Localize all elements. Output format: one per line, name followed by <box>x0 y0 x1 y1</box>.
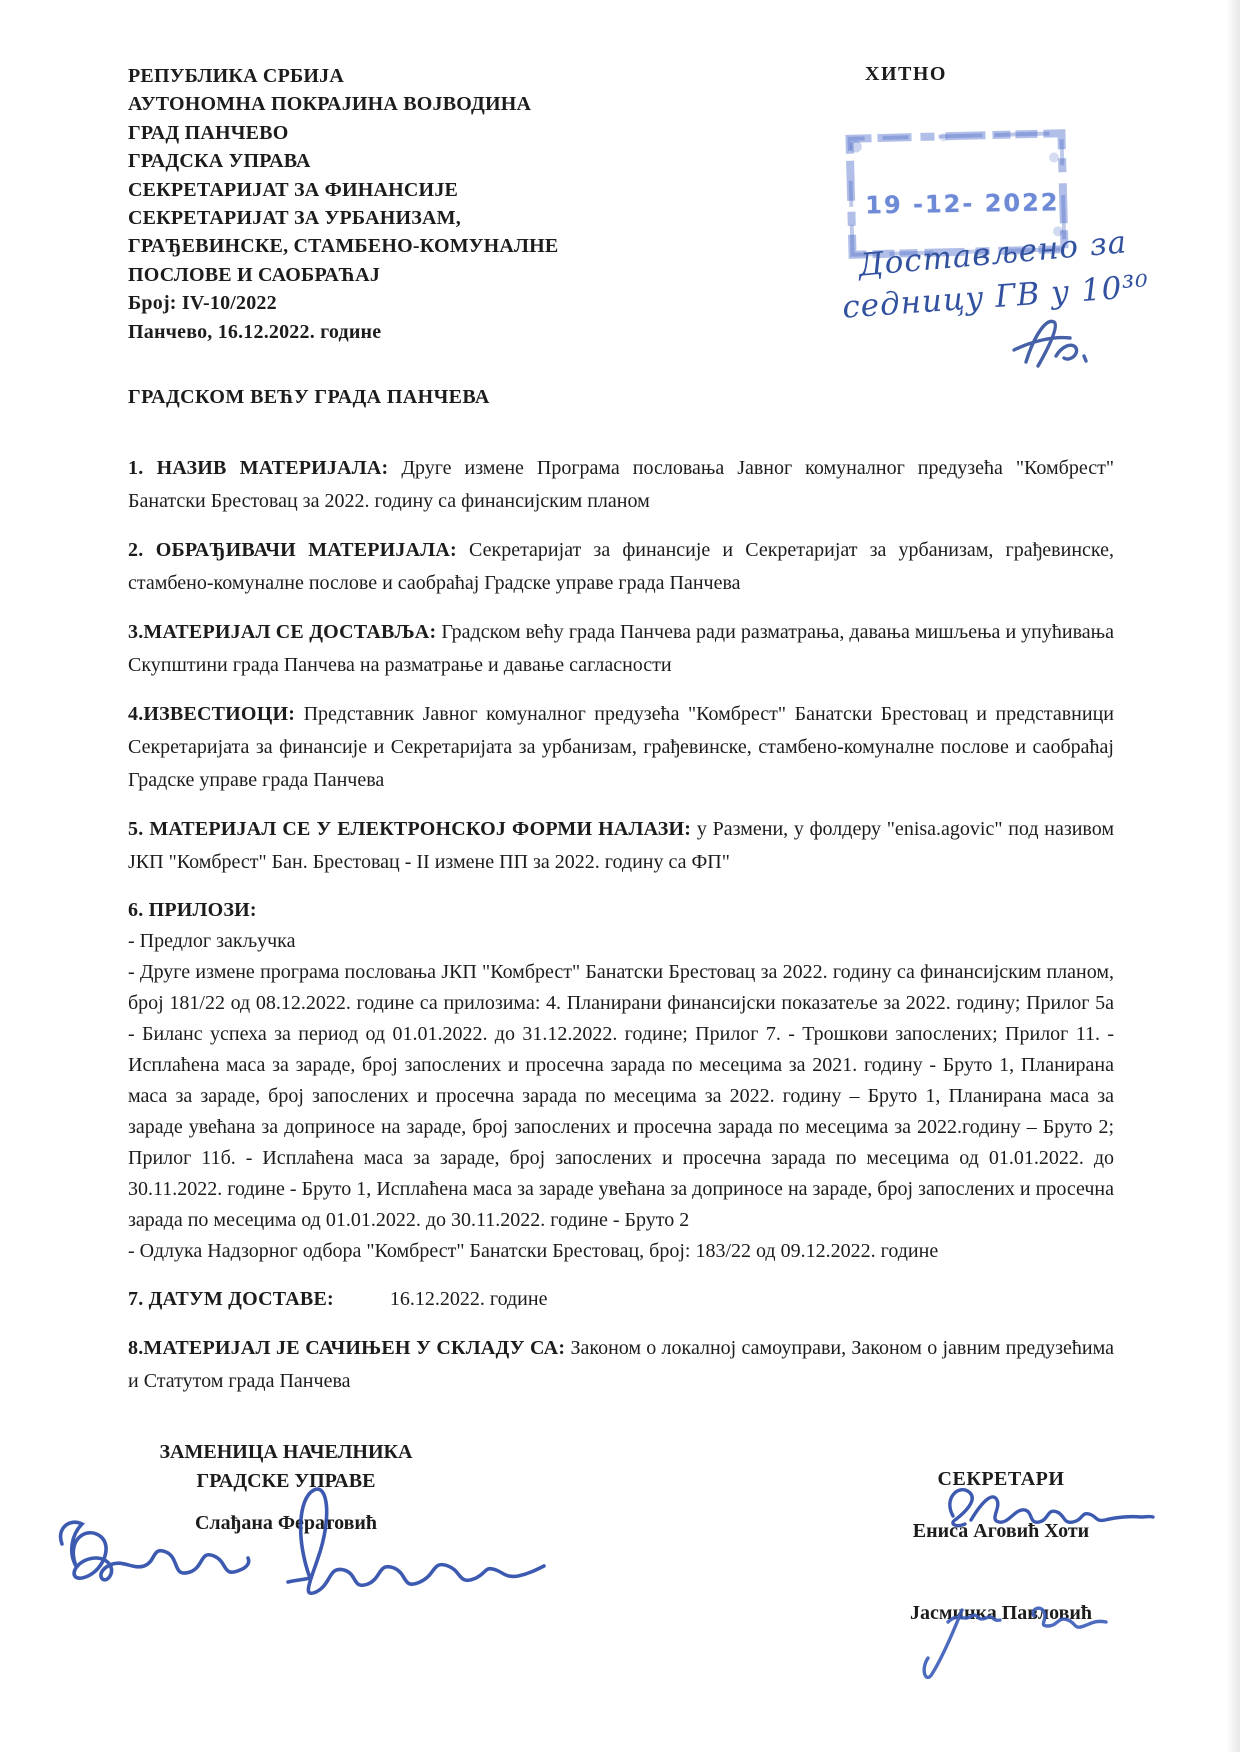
left-signature-title-line1: ЗАМЕНИЦА НАЧЕЛНИКА <box>118 1438 454 1467</box>
section-4: 4.ИЗВЕСТИОЦИ: Представник Јавног комунал… <box>128 698 1114 797</box>
letterhead-line-administration: ГРАДСКА УПРАВА <box>128 147 558 175</box>
document-page: РЕПУБЛИКА СРБИЈА АУТОНОМНА ПОКРАЈИНА ВОЈ… <box>0 0 1240 1752</box>
attachment-item-1: - Предлог закључка <box>128 926 1114 957</box>
section-5: 5. МАТЕРИЈАЛ СЕ У ЕЛЕКТРОНСКОЈ ФОРМИ НАЛ… <box>128 813 1114 879</box>
right-signatory1-name: Ениса Аговић Хоти <box>845 1520 1157 1543</box>
attachment-item-3: - Одлука Надзорног одбора "Комбрест" Бан… <box>128 1236 1114 1267</box>
section-2-label: 2. ОБРАЂИВАЧИ МАТЕРИЈАЛА: <box>128 539 457 561</box>
document-number: Број: IV-10/2022 <box>128 289 558 317</box>
attachments-label: 6. ПРИЛОЗИ: <box>128 895 1114 926</box>
section-8-label: 8.МАТЕРИЈАЛ ЈЕ САЧИЊЕН У СКЛАДУ СА: <box>128 1337 565 1359</box>
letterhead-line-communal: ГРАЂЕВИНСКЕ, СТАМБЕНО-КОМУНАЛНЕ <box>128 232 558 260</box>
letterhead: РЕПУБЛИКА СРБИЈА АУТОНОМНА ПОКРАЈИНА ВОЈ… <box>128 62 558 346</box>
section-3-label: 3.МАТЕРИЈАЛ СЕ ДОСТАВЉА: <box>128 621 436 643</box>
section-7-label: 7. ДАТУМ ДОСТАВЕ: <box>128 1288 334 1310</box>
section-1: 1. НАЗИВ МАТЕРИЈАЛА: Друге измене Програ… <box>128 452 1114 518</box>
section-3: 3.МАТЕРИЈАЛ СЕ ДОСТАВЉА: Градском већу г… <box>128 616 1114 682</box>
letterhead-line-republic: РЕПУБЛИКА СРБИЈА <box>128 62 558 90</box>
section-7-value: 16.12.2022. године <box>390 1288 548 1310</box>
document-body: 1. НАЗИВ МАТЕРИЈАЛА: Друге измене Програ… <box>128 452 1114 1414</box>
section-2: 2. ОБРАЂИВАЧИ МАТЕРИЈАЛА: Секретаријат з… <box>128 534 1114 600</box>
letterhead-line-city: ГРАД ПАНЧЕВО <box>128 119 558 147</box>
left-signature-ink-icon <box>52 1470 552 1660</box>
letterhead-line-traffic: ПОСЛОВЕ И САОБРАЋАЈ <box>128 261 558 289</box>
right-signature2-ink-icon <box>918 1596 1118 1686</box>
attachment-item-2: - Друге измене програма пословања ЈКП "К… <box>128 957 1114 1236</box>
recipient-line: ГРАДСКОМ ВЕЋУ ГРАДА ПАНЧЕВА <box>128 386 490 409</box>
letterhead-line-secretariat-urbanism: СЕКРЕТАРИЈАТ ЗА УРБАНИЗАМ, <box>128 204 558 232</box>
handwritten-initials-icon <box>1002 310 1092 370</box>
section-7: 7. ДАТУМ ДОСТАВЕ:16.12.2022. године <box>128 1283 1114 1316</box>
place-date-line: Панчево, 16.12.2022. године <box>128 318 558 346</box>
letterhead-line-secretariat-finance: СЕКРЕТАРИЈАТ ЗА ФИНАНСИЈЕ <box>128 176 558 204</box>
section-6-attachments: 6. ПРИЛОЗИ: - Предлог закључка - Друге и… <box>128 895 1114 1267</box>
stamp-date: 19 -12- 2022 <box>865 188 1060 219</box>
letterhead-line-province: АУТОНОМНА ПОКРАЈИНА ВОЈВОДИНА <box>128 90 558 118</box>
section-5-label: 5. МАТЕРИЈАЛ СЕ У ЕЛЕКТРОНСКОЈ ФОРМИ НАЛ… <box>128 818 691 840</box>
scan-edge-shadow <box>1226 0 1240 1752</box>
section-8: 8.МАТЕРИЈАЛ ЈЕ САЧИЊЕН У СКЛАДУ СА: Зако… <box>128 1332 1114 1398</box>
urgent-label: ХИТНО <box>865 63 947 86</box>
section-1-label: 1. НАЗИВ МАТЕРИЈАЛА: <box>128 457 388 479</box>
section-4-label: 4.ИЗВЕСТИОЦИ: <box>128 703 295 725</box>
